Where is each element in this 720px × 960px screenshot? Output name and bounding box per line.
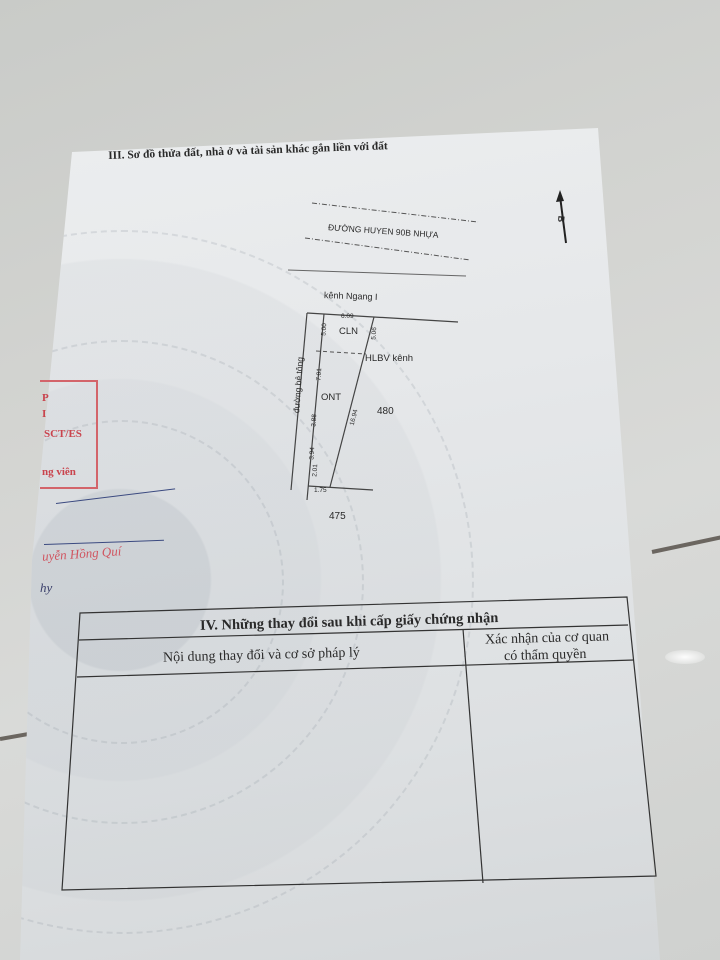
column-header-confirmation-line2: có thẩm quyền <box>504 646 587 665</box>
table-body-content-cell <box>80 685 460 875</box>
column-header-confirmation-line1: Xác nhận của cơ quan <box>485 628 609 648</box>
table-body-confirmation-cell <box>485 670 625 870</box>
